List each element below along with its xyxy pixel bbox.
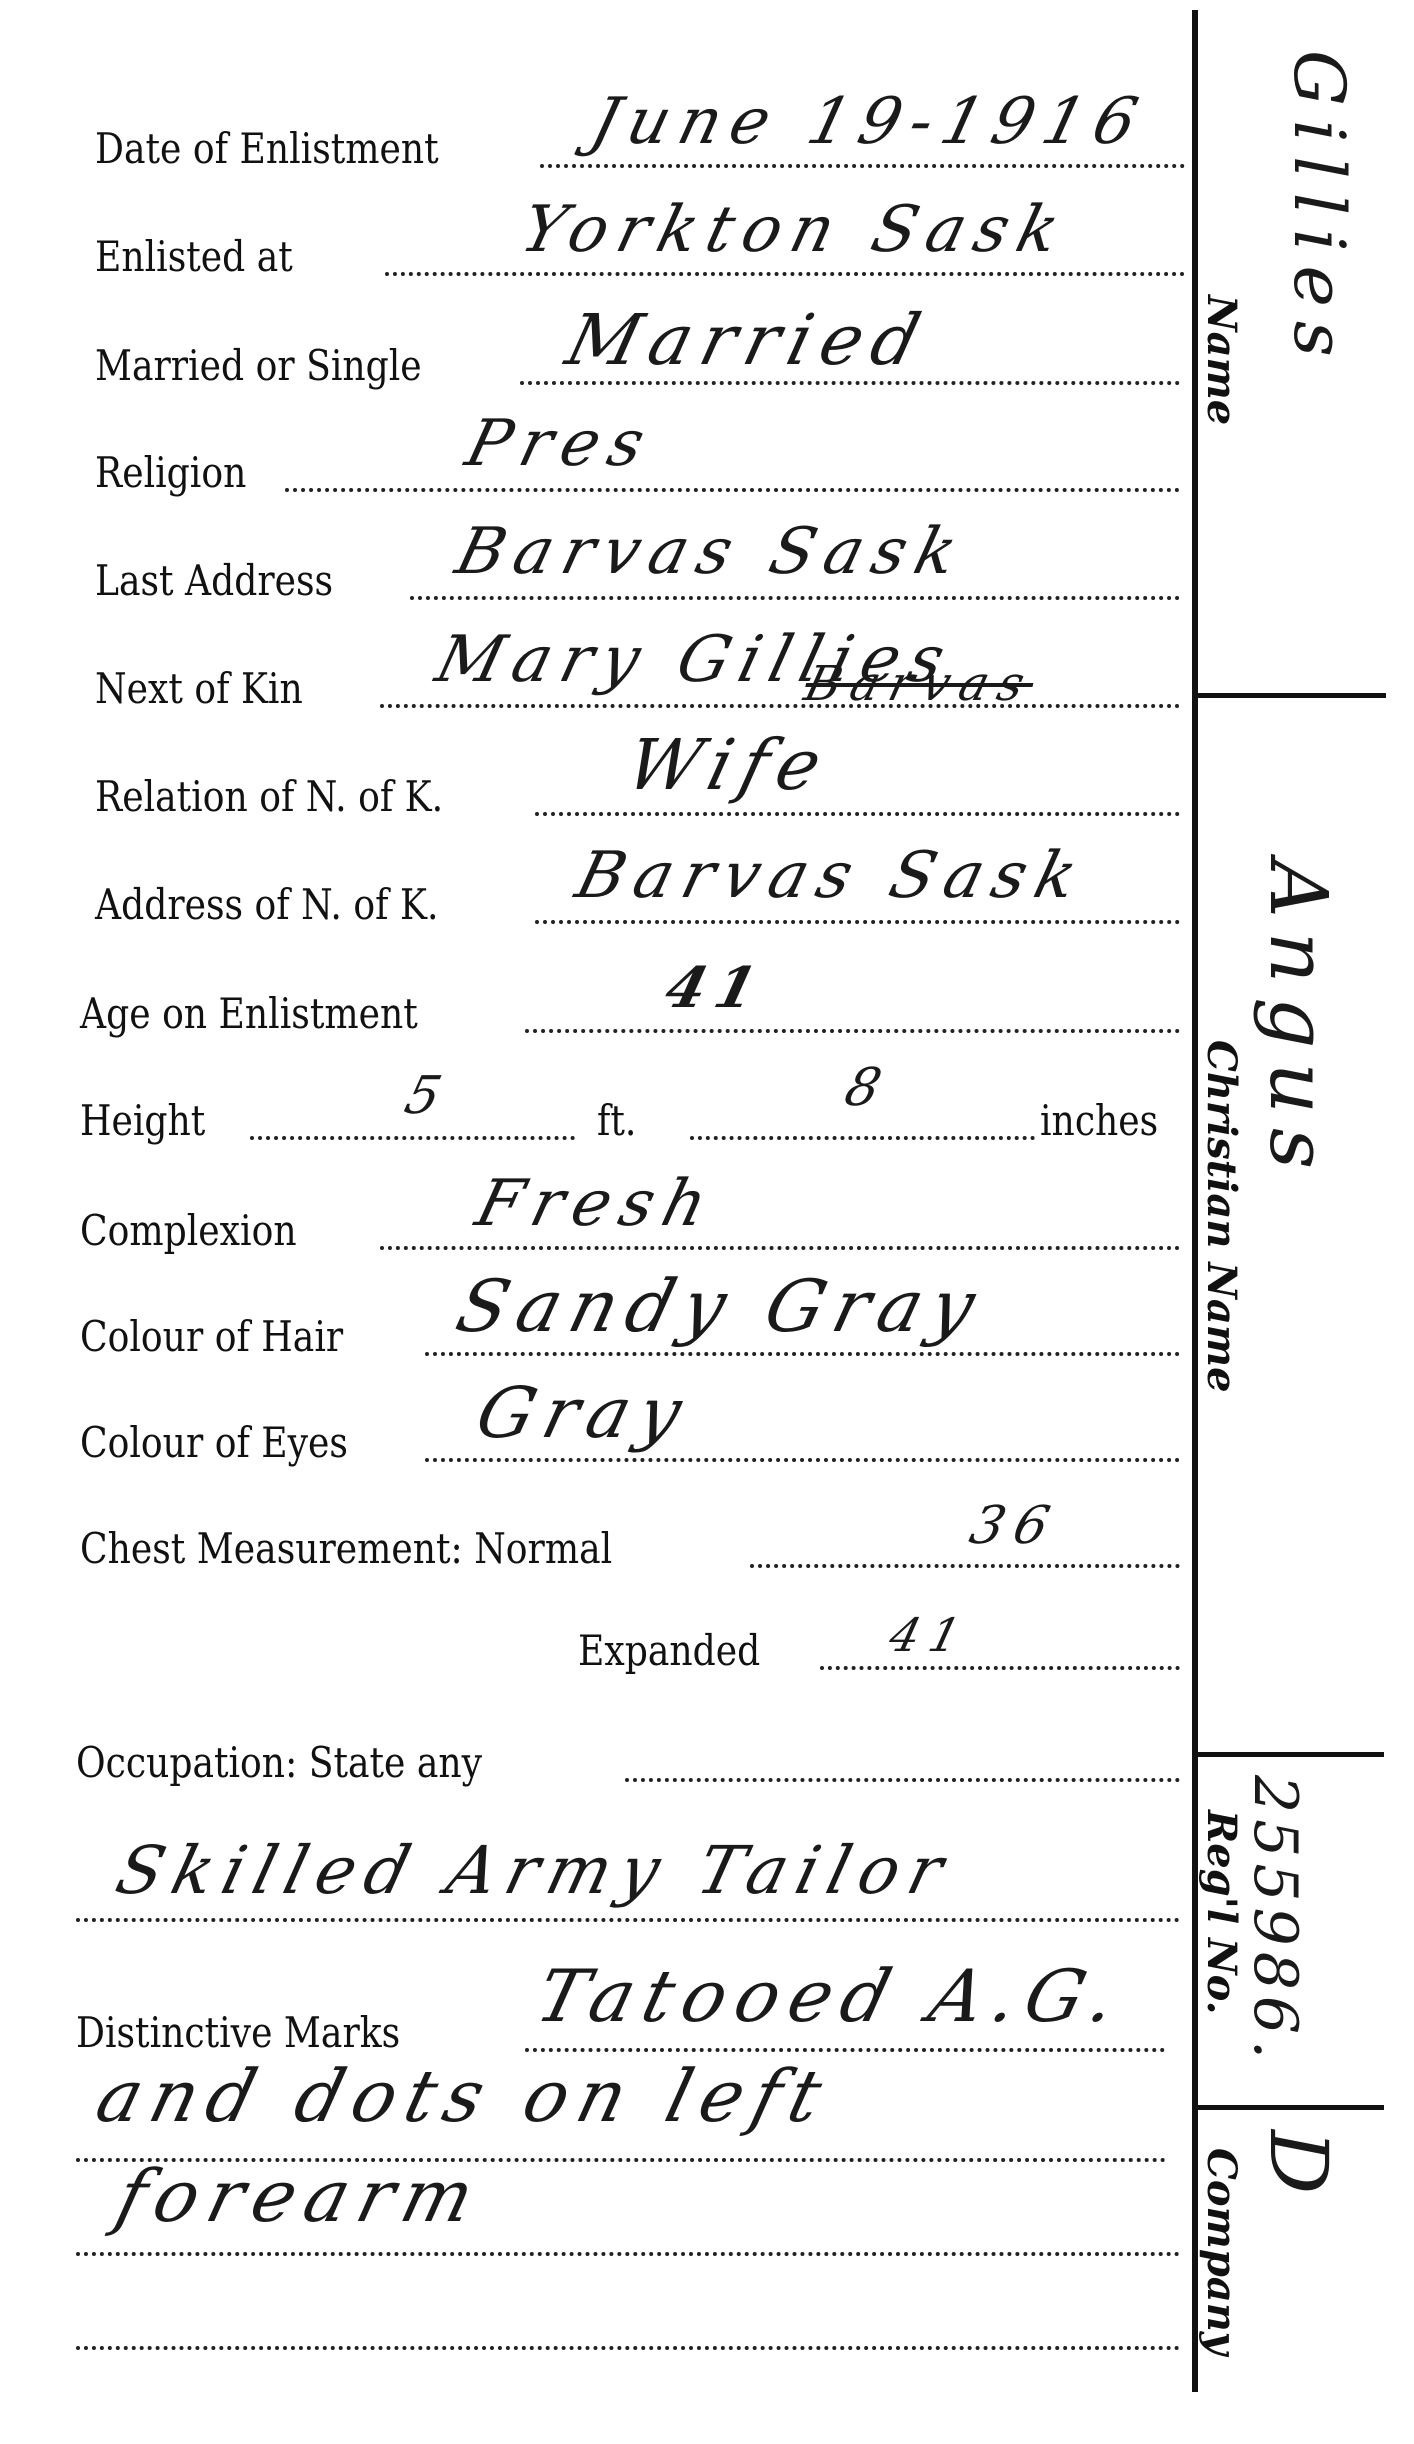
attestation-card: Date of Enlistment June 19-1916 Enlisted… bbox=[0, 0, 1414, 2444]
value-address-of-nok: Barvas Sask bbox=[570, 844, 1093, 908]
divider-regl-no bbox=[1198, 2105, 1384, 2110]
label-colour-of-eyes: Colour of Eyes bbox=[80, 1422, 348, 1464]
label-religion: Religion bbox=[95, 452, 246, 494]
label-regl-no: Reg'l No. bbox=[1198, 1810, 1245, 2015]
label-last-address: Last Address bbox=[95, 560, 333, 602]
field-line-enlisted-at bbox=[385, 272, 1185, 276]
value-height-feet: 5 bbox=[400, 1070, 456, 1122]
label-name: Name bbox=[1198, 295, 1245, 425]
value-colour-of-hair: Sandy Gray bbox=[450, 1270, 992, 1342]
field-line-religion bbox=[285, 488, 1180, 492]
value-distinctive-marks-line-2: and dots on left bbox=[90, 2060, 838, 2132]
label-company: Company bbox=[1198, 2148, 1245, 2355]
value-distinctive-marks: Tatooed A.G. bbox=[530, 1960, 1133, 2032]
label-enlisted-at: Enlisted at bbox=[95, 236, 293, 278]
field-line-married-or-single bbox=[520, 381, 1180, 385]
label-married-or-single: Married or Single bbox=[95, 345, 422, 387]
value-christian-name: Angus bbox=[1252, 860, 1345, 1183]
field-line-date-of-enlistment bbox=[540, 164, 1185, 168]
label-complexion: Complexion bbox=[80, 1210, 297, 1252]
value-occupation: Skilled Army Tailor bbox=[110, 1838, 959, 1904]
field-line-colour-of-eyes bbox=[425, 1458, 1180, 1462]
label-height-inches: inches bbox=[1040, 1100, 1158, 1142]
value-name: Gillies bbox=[1278, 50, 1360, 371]
label-address-of-nok: Address of N. of K. bbox=[95, 884, 438, 926]
field-line-height-feet bbox=[250, 1136, 575, 1140]
value-last-address: Barvas Sask bbox=[450, 520, 973, 584]
label-distinctive-marks: Distinctive Marks bbox=[76, 2012, 400, 2054]
label-next-of-kin: Next of Kin bbox=[95, 668, 303, 710]
label-colour-of-hair: Colour of Hair bbox=[80, 1316, 343, 1358]
value-married-or-single: Married bbox=[560, 305, 936, 375]
label-christian-name: Christian Name bbox=[1198, 1040, 1245, 1393]
field-line-last-address bbox=[410, 596, 1180, 600]
label-height: Height bbox=[80, 1100, 205, 1142]
label-chest-normal: Chest Measurement: Normal bbox=[80, 1528, 612, 1570]
field-line-distinctive-marks-3 bbox=[76, 2252, 1180, 2256]
label-occupation: Occupation: State any bbox=[76, 1742, 482, 1784]
value-complexion: Fresh bbox=[470, 1172, 723, 1236]
value-enlisted-at: Yorkton Sask bbox=[515, 198, 1075, 262]
value-age-on-enlistment: 41 bbox=[660, 960, 772, 1016]
field-line-complexion bbox=[380, 1246, 1180, 1250]
value-next-of-kin-struck-out: Barvas bbox=[800, 660, 1039, 708]
field-line-distinctive-marks bbox=[525, 2048, 1165, 2052]
label-age-on-enlistment: Age on Enlistment bbox=[80, 993, 418, 1035]
field-line-age-on-enlistment bbox=[525, 1029, 1180, 1033]
field-line-next-of-kin bbox=[380, 704, 1180, 708]
field-line-chest-normal bbox=[750, 1564, 1180, 1568]
value-distinctive-marks-line-3: forearm bbox=[110, 2160, 491, 2232]
field-line-distinctive-marks-4 bbox=[76, 2346, 1180, 2350]
value-company: D bbox=[1252, 2130, 1345, 2208]
value-relation-of-nok: Wife bbox=[620, 730, 838, 800]
field-line-colour-of-hair bbox=[425, 1352, 1180, 1356]
field-line-height-inches bbox=[690, 1136, 1035, 1140]
value-colour-of-eyes: Gray bbox=[470, 1378, 698, 1448]
field-line-chest-expanded bbox=[820, 1666, 1180, 1670]
field-line-occupation-2 bbox=[76, 1918, 1180, 1922]
value-date-of-enlistment: June 19-1916 bbox=[585, 90, 1153, 154]
value-height-inches: 8 bbox=[840, 1062, 896, 1114]
field-line-occupation bbox=[625, 1778, 1180, 1782]
label-chest-expanded: Expanded bbox=[578, 1630, 760, 1672]
field-line-relation-of-nok bbox=[535, 812, 1180, 816]
value-chest-expanded: 41 bbox=[885, 1612, 975, 1658]
value-chest-normal: 36 bbox=[965, 1500, 1064, 1552]
label-relation-of-nok: Relation of N. of K. bbox=[95, 776, 443, 818]
value-regl-no: 255986. bbox=[1240, 1775, 1310, 2065]
value-religion: Pres bbox=[460, 412, 660, 476]
label-date-of-enlistment: Date of Enlistment bbox=[95, 128, 439, 170]
divider-name bbox=[1198, 693, 1386, 698]
divider-christian-name bbox=[1198, 1752, 1384, 1757]
label-height-ft: ft. bbox=[597, 1100, 636, 1142]
field-line-address-of-nok bbox=[535, 920, 1180, 924]
